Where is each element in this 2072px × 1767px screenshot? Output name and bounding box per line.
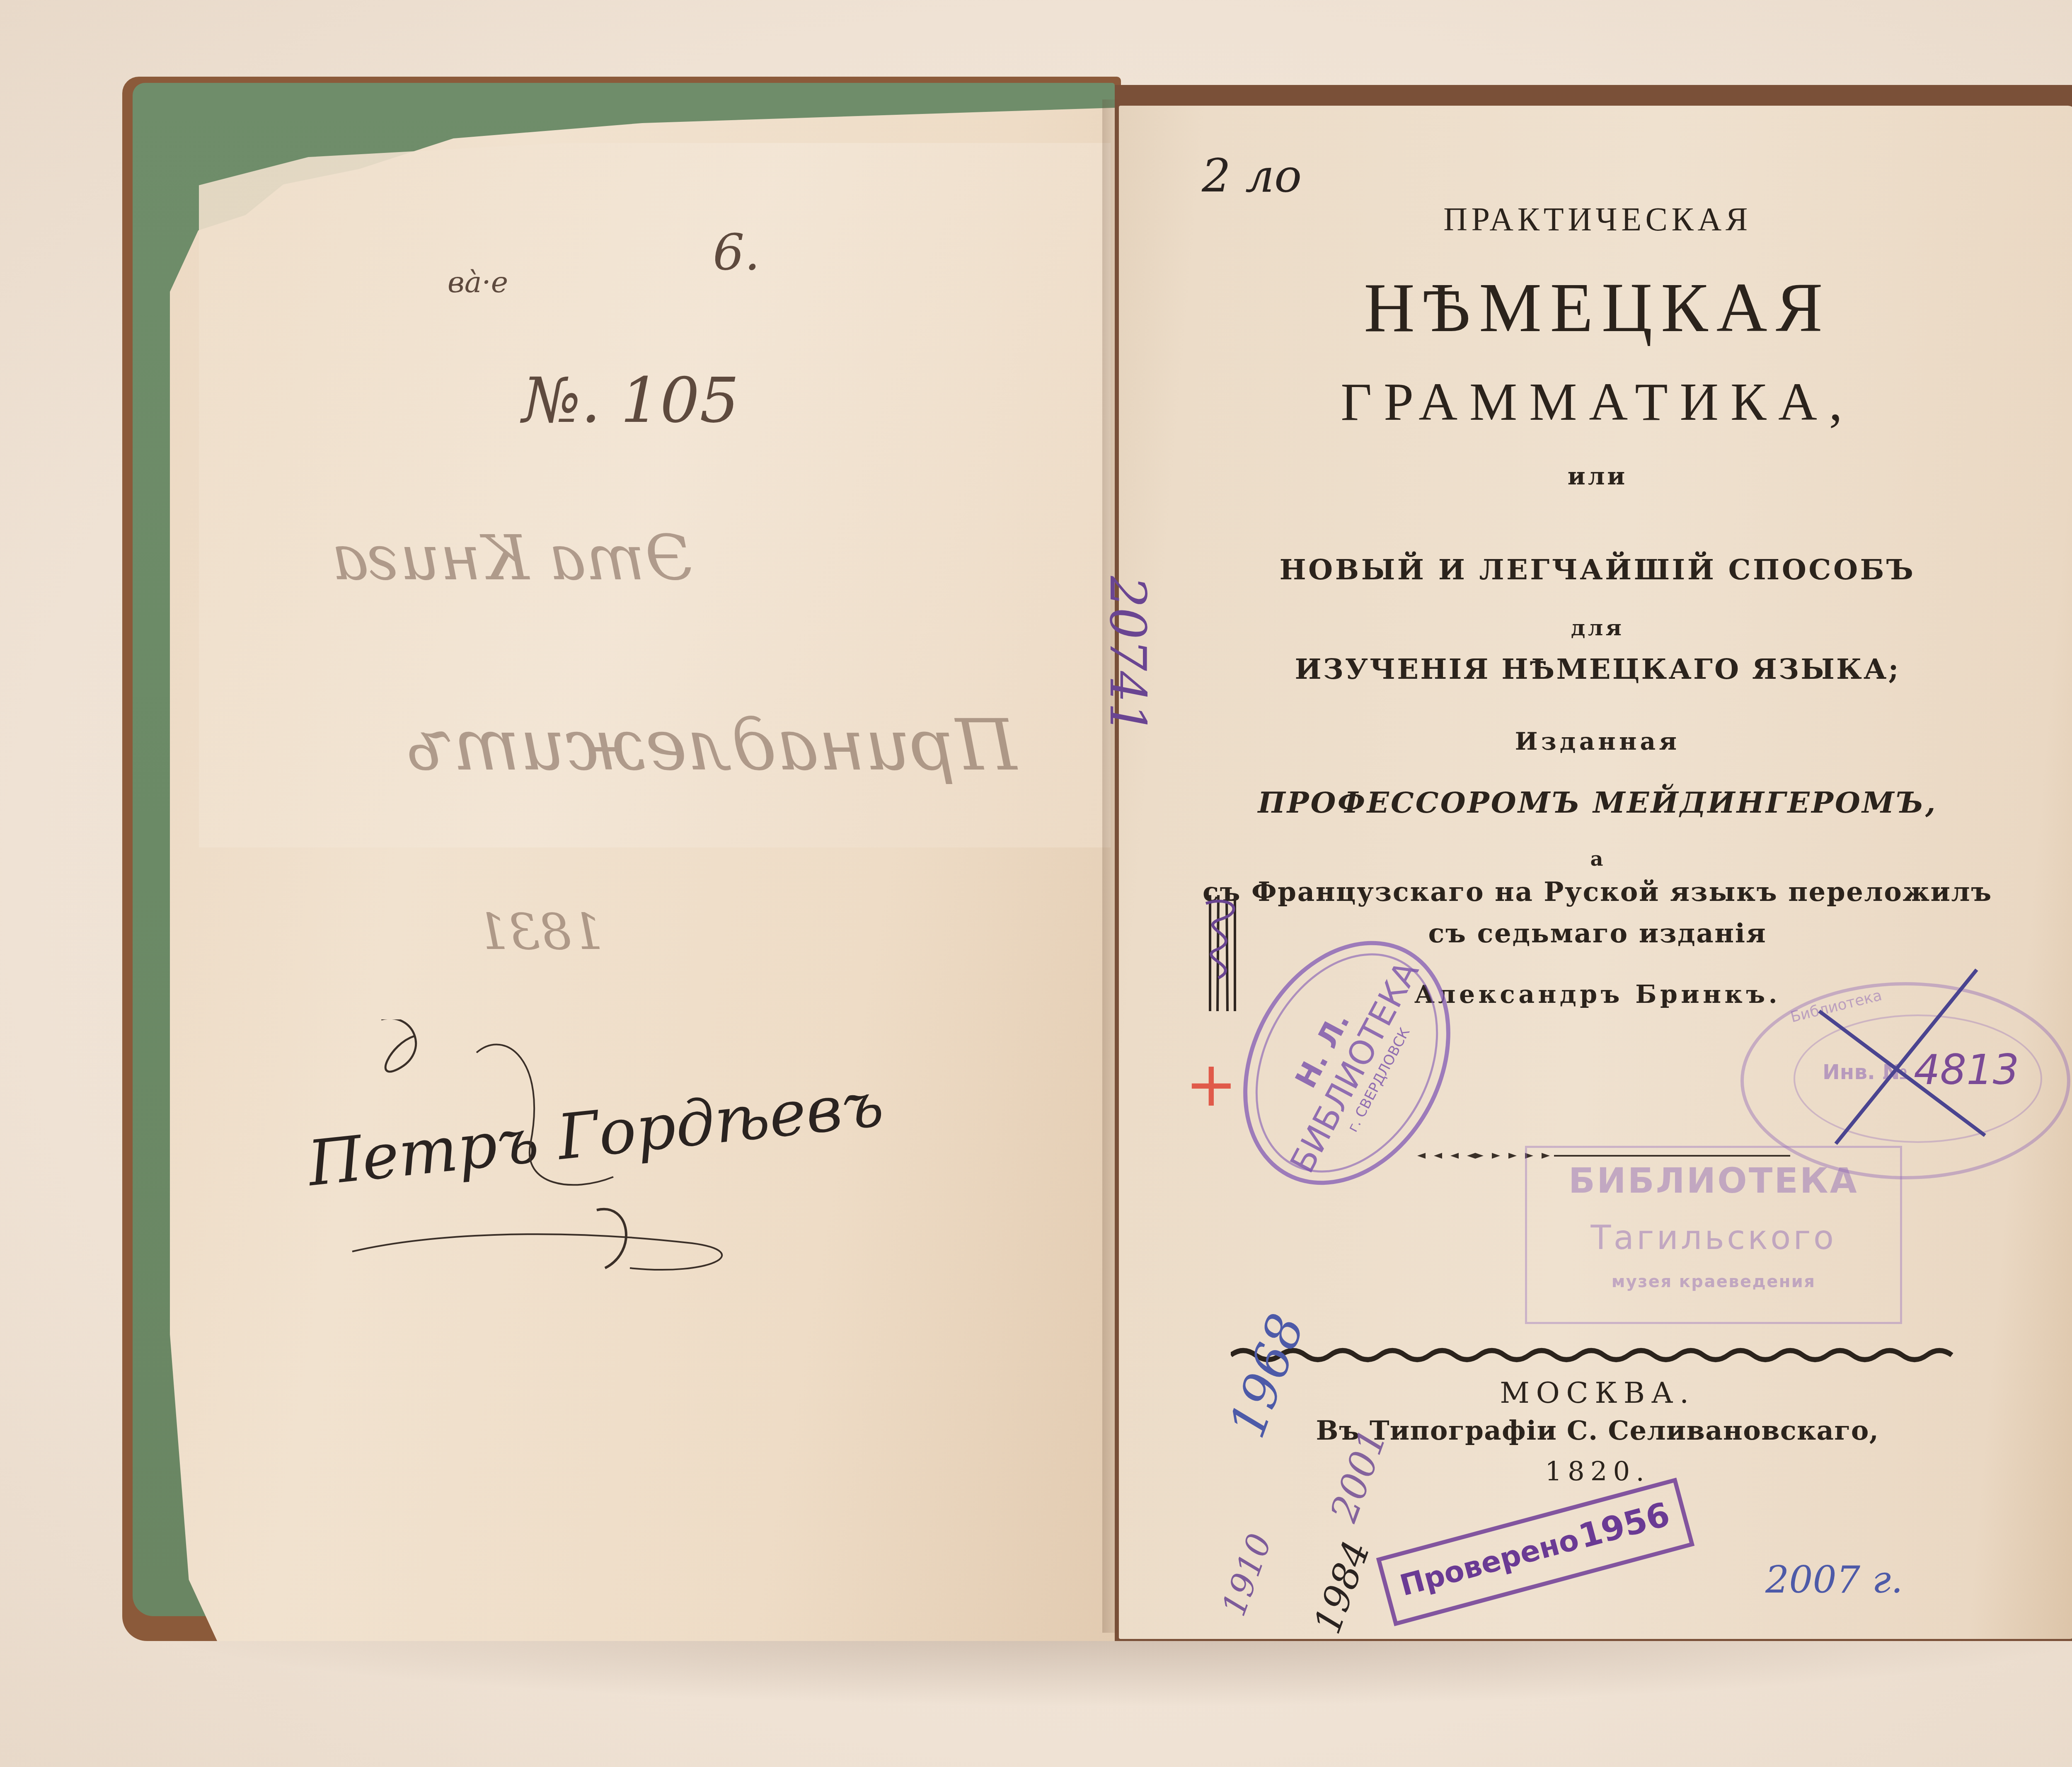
handwritten-shelf-mark: №. 105 bbox=[522, 365, 739, 437]
title-line-2: НѢМЕЦКАЯ bbox=[1119, 267, 2072, 348]
purple-scribble bbox=[1193, 887, 1251, 1028]
rectangular-museum-stamp: БИБЛИОТЕКА Тагильского музея краеведения bbox=[1525, 1146, 1902, 1324]
title-line-11: съ Французскаго на Руской языкъ переложи… bbox=[1119, 876, 2072, 908]
red-pencil-cross: + bbox=[1185, 1048, 1237, 1121]
rect-stamp-line-3: музея краеведения bbox=[1527, 1272, 1900, 1291]
offset-text-2: Принадлежитъ bbox=[406, 704, 1017, 787]
title-line-9: ПРОФЕССОРОМЪ МЕЙДИНГЕРОМЪ, bbox=[1119, 785, 2072, 820]
cancel-cross-mark bbox=[1811, 961, 1993, 1148]
checked-stamp-year: 1956 bbox=[1575, 1495, 1674, 1556]
book-gutter bbox=[1102, 99, 1119, 1633]
open-book: 6. вà·e №. 105 Эта Книга Принадлежитъ 18… bbox=[0, 0, 2072, 1767]
title-line-7: ИЗУЧЕНІЯ НѢМЕЦКАГО ЯЗЫКА; bbox=[1119, 653, 2072, 686]
offset-text-1: Эта Книга bbox=[332, 522, 692, 594]
title-line-12: съ седьмаго изданія bbox=[1119, 918, 2072, 949]
title-line-1: ПРАКТИЧЕСКАЯ bbox=[1119, 201, 2072, 239]
title-line-10: а bbox=[1119, 847, 2072, 871]
wavy-rule-ornament bbox=[1231, 1345, 1968, 1365]
title-line-6: для bbox=[1119, 615, 2072, 641]
title-line-5: НОВЫЙ И ЛЕГЧАЙШІЙ СПОСОБЪ bbox=[1119, 553, 2072, 586]
rect-stamp-line-1: БИБЛИОТЕКА bbox=[1527, 1160, 1900, 1201]
title-line-4: или bbox=[1119, 462, 2072, 490]
handwritten-margin-notes: вà·e bbox=[448, 265, 508, 299]
title-line-8: Изданная bbox=[1119, 727, 2072, 755]
handwritten-page-number: 6. bbox=[713, 224, 760, 281]
rect-stamp-line-2: Тагильского bbox=[1527, 1218, 1900, 1257]
signature-flourish bbox=[257, 1019, 796, 1289]
offset-text-3: 1831 bbox=[477, 903, 603, 961]
title-line-3: ГРАММАТИКА, bbox=[1119, 371, 2072, 433]
blue-pencil-number-2007: 2007 г. bbox=[1765, 1558, 1903, 1602]
imprint-year: 1820. bbox=[1119, 1457, 2072, 1487]
